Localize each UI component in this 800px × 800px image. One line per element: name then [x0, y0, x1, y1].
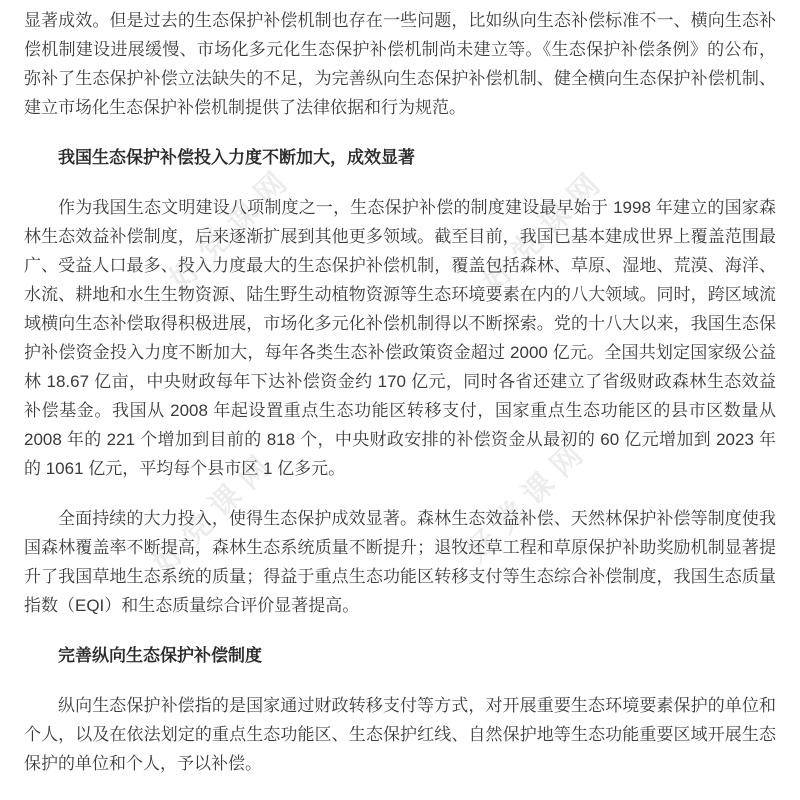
section-heading-investment: 我国生态保护补偿投入力度不断加大，成效显著 [24, 143, 776, 172]
paragraph-vertical-compensation: 纵向生态保护补偿指的是国家通过财政转移支付等方式，对开展重要生态环境要素保护的单… [24, 691, 776, 778]
paragraph-achievements: 全面持续的大力投入，使得生态保护成效显著。森林生态效益补偿、天然林保护补偿等制度… [24, 504, 776, 620]
document-page: 好党课网 好党课网 好党课网 好党课网 党的十八大以来，我国持续加大生态保护补偿… [0, 0, 800, 800]
document-content: 党的十八大以来，我国持续加大生态保护补偿力度，不断推进生态保护补偿制度建设，生态… [24, 0, 776, 778]
paragraph-investment: 作为我国生态文明建设八项制度之一，生态保护补偿的制度建设最早始于 1998 年建… [24, 193, 776, 483]
paragraph-intro-continuation: 显著成效。但是过去的生态保护补偿机制也存在一些问题，比如纵向生态补偿标准不一、横… [24, 6, 776, 122]
section-heading-vertical-compensation: 完善纵向生态保护补偿制度 [24, 641, 776, 670]
clipped-previous-line-text: 党的十八大以来，我国持续加大生态保护补偿力度，不断推进生态保护补偿制度建设，生态… [24, 0, 776, 5]
